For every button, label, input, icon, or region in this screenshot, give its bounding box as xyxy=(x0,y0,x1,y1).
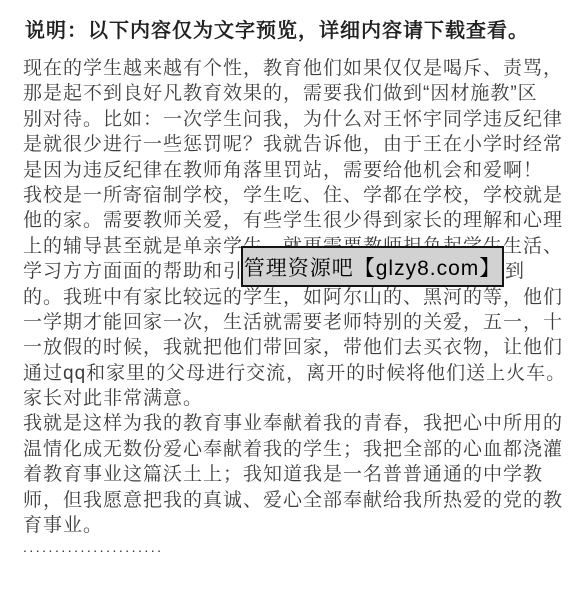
text-line: 现在的学生越来越有个性，教育他们如果仅仅是喝斥、责骂， xyxy=(23,56,568,81)
document-preview-page: 说明：以下内容仅为文字预览，详细内容请下载查看。 现在的学生越来越有个性，教育他… xyxy=(0,0,578,600)
text-line: 我校是一所寄宿制学校，学生吃、住、学都在学校，学校就是 xyxy=(23,183,568,208)
text-line: 是就很少进行一些惩罚呢？我就告诉他，由于王在小学时经常 xyxy=(23,132,568,157)
text-line: 育事业。 xyxy=(23,513,568,538)
text-line: 通过qq和家里的父母进行交流，离开的时候将他们送上火车。 xyxy=(23,361,568,386)
text-line: 着教育事业这篇沃土上；我知道我是一名普普通通的中学教 xyxy=(23,462,568,487)
truncation-dots: ...................... xyxy=(23,540,568,554)
watermark-stamp: 管理资源吧【glzy8.com】 xyxy=(241,246,504,287)
text-line: 一学期才能回家一次，生活就需要老师特别的关爱，五一，十 xyxy=(23,310,568,335)
text-line: 是因为违反纪律在教师角落里罚站，需要给他机会和爱啊！ xyxy=(23,158,568,183)
watermark-site-label: 管理资源吧【glzy8.com】 xyxy=(244,252,502,282)
text-line: 我就是这样为我的教育事业奉献着我的青春，我把心中所用的 xyxy=(23,411,568,436)
document-body: 现在的学生越来越有个性，教育他们如果仅仅是喝斥、责骂， 那是起不到良好凡教育效果… xyxy=(23,56,568,554)
text-line: 一放假的时候，我就把他们带回家，带他们去买衣物，让他们 xyxy=(23,335,568,360)
text-line-right-fragment: 到 xyxy=(505,261,525,282)
text-line: 师，但我愿意把我的真诚、爱心全部奉献给我所热爱的党的教 xyxy=(23,488,568,513)
text-line: 温情化成无数份爱心奉献着我的学生；我把全部的心血都浇灌 xyxy=(23,437,568,462)
text-line: 他的家。需要教师关爱，有些学生很少得到家长的理解和心理 xyxy=(23,208,568,233)
text-line-left-fragment: 学习方方面面的帮助和引 xyxy=(23,261,243,282)
preview-disclaimer: 说明：以下内容仅为文字预览，详细内容请下载查看。 xyxy=(25,14,529,43)
text-line: 的。我班中有家比较远的学生，如阿尔山的、黑河的等，他们 xyxy=(23,285,568,310)
text-line: 别对待。比如：一次学生问我，为什么对王怀宇同学违反纪律 xyxy=(23,107,568,132)
text-line: 那是起不到良好凡教育效果的，需要我们做到“因材施教”区 xyxy=(23,81,568,106)
text-line: 家长对此非常满意。 xyxy=(23,386,568,411)
